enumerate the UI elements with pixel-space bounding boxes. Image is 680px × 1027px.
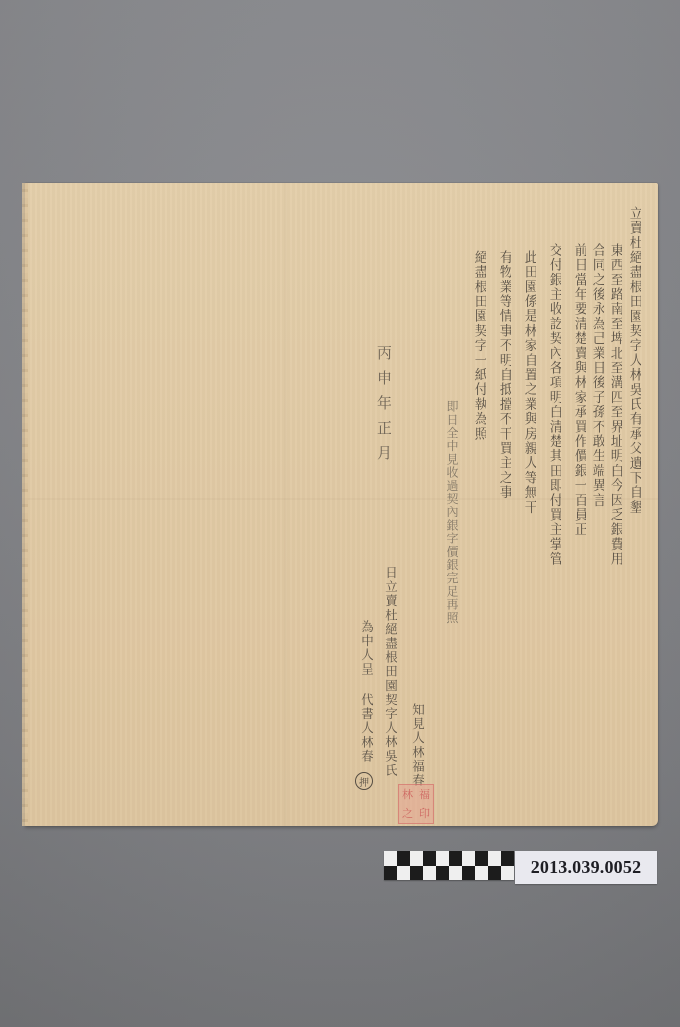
scale-square — [410, 851, 423, 866]
circle-mark-icon: 押 — [355, 772, 373, 790]
scale-square — [423, 851, 436, 866]
scale-square — [410, 866, 423, 881]
scale-square — [462, 866, 475, 881]
scale-square — [384, 851, 397, 866]
scale-square — [475, 851, 488, 866]
body-column-1: 立賣杜絕盡根田園契字人林吳氏有承父遺下自墾 — [627, 206, 641, 818]
seller-signature: 日立賣杜絕盡根田園契字人林吳氏 — [384, 566, 397, 791]
body-column-4: 前日當年要清楚賣與林家承買作價銀一百員正 — [572, 243, 586, 818]
scale-square — [397, 866, 410, 881]
scale-square — [488, 851, 501, 866]
checkerboard-scale-bar — [384, 851, 514, 880]
writer-signature: 為中人呈 代書人林春 — [360, 620, 373, 770]
scale-square — [436, 851, 449, 866]
accession-number-label: 2013.039.0052 — [515, 851, 657, 884]
date-line: 丙申年正月 — [376, 345, 391, 475]
body-column-7: 有物業等情事不明自抵擋不干買主之事 — [497, 250, 511, 815]
scale-square — [501, 851, 514, 866]
scale-square — [475, 866, 488, 881]
red-seal-stamp: 林 福 之 印 — [398, 784, 434, 824]
body-column-6: 此田園係是林家自置之業與房親人等無干 — [522, 250, 536, 815]
scale-square — [436, 866, 449, 881]
scale-square — [449, 851, 462, 866]
seal-char: 林 — [399, 789, 416, 800]
document-paper — [25, 183, 658, 826]
torn-paper-edge — [22, 183, 28, 826]
scale-square — [488, 866, 501, 881]
scale-square — [397, 851, 410, 866]
body-column-3: 合同之後永為己業日後子孫不敢生端異言 — [590, 243, 604, 818]
seal-char: 之 — [399, 808, 416, 819]
scale-square — [462, 851, 475, 866]
scale-square — [449, 866, 462, 881]
body-column-9: 即日全中見收過契內銀字價銀完足再照 — [446, 400, 458, 790]
body-column-5: 交付銀主收訖契內各項明白清楚其田即付買主掌管 — [547, 243, 561, 818]
seal-char: 印 — [416, 808, 433, 819]
body-column-8: 絕盡根田園契字一紙付執為照 — [472, 250, 486, 810]
scale-square — [423, 866, 436, 881]
scale-square — [501, 866, 514, 881]
body-column-2: 東西至路南至埤北至溝四至界址明白今因乏銀費用 — [608, 243, 622, 818]
seal-char: 福 — [416, 789, 433, 800]
scale-square — [384, 866, 397, 881]
